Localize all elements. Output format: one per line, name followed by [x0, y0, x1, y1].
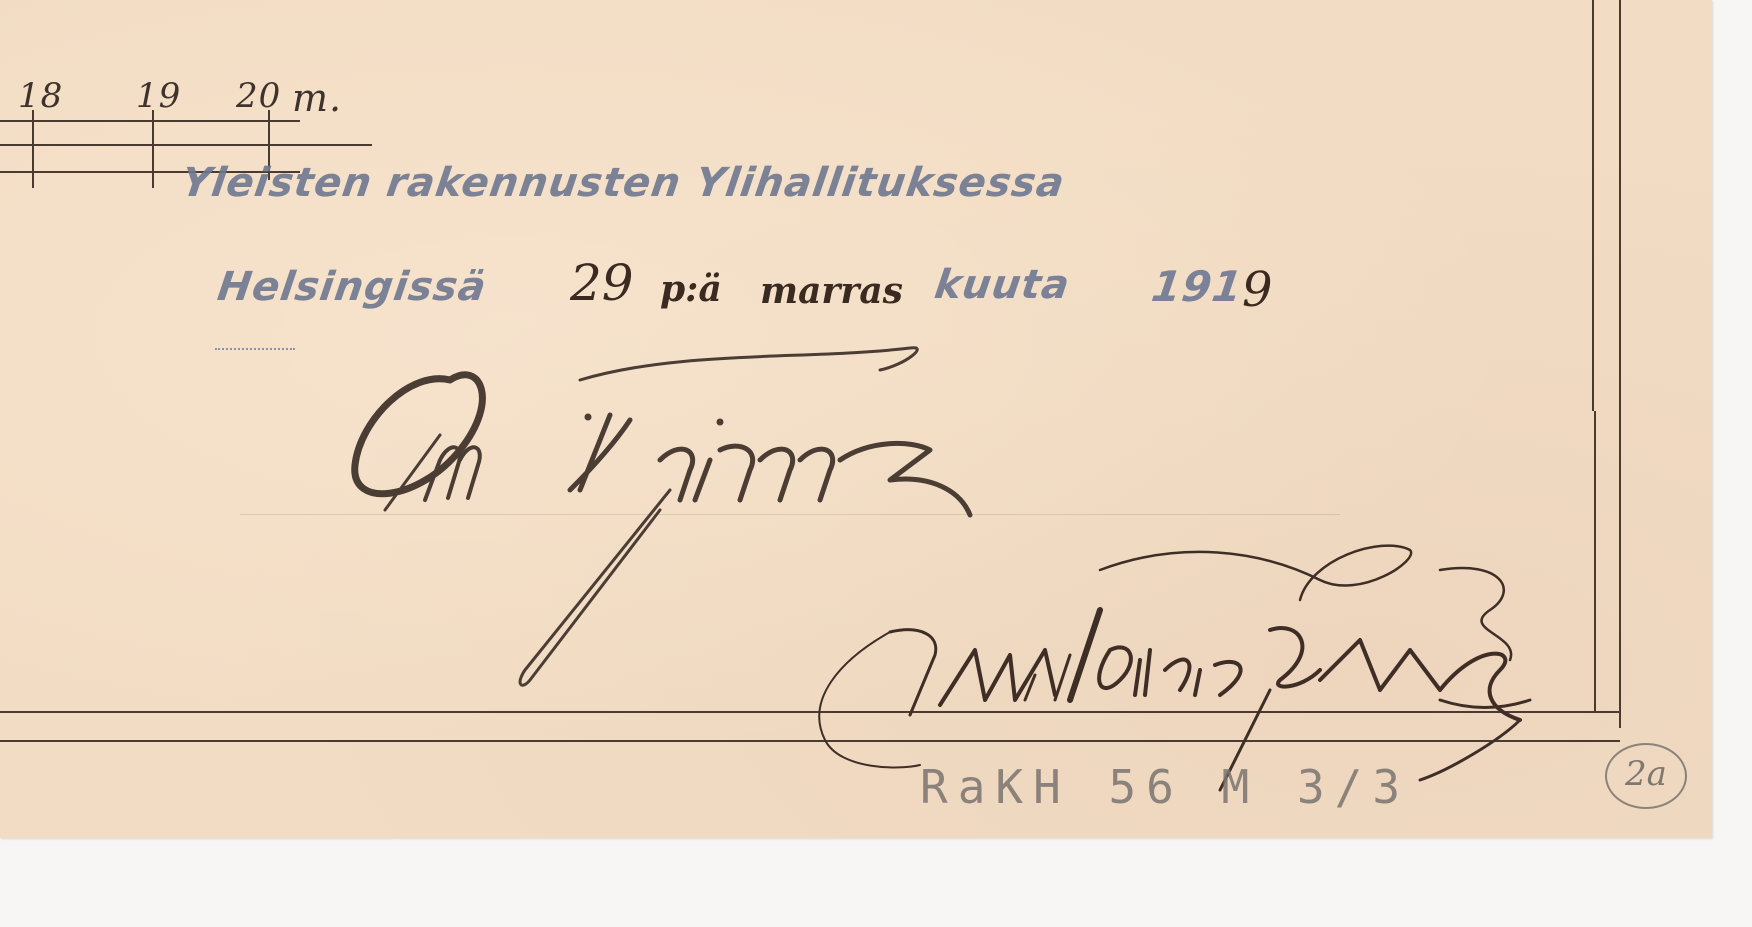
- stamp-month-suffix: kuuta: [932, 262, 1073, 308]
- handwritten-day-suffix: p:ä: [660, 268, 722, 310]
- scale-bar-tick-19: [152, 110, 154, 188]
- scale-unit: m.: [292, 76, 342, 120]
- stamp-underline-dots: [215, 348, 295, 352]
- scale-label-20: 20: [236, 76, 281, 116]
- stamp-line-1: Yleisten rakennusten Ylihallituksessa: [179, 160, 1068, 206]
- scale-label-19: 19: [136, 76, 181, 116]
- handwritten-day: 29: [570, 254, 634, 312]
- stamp-place: Helsingissä: [215, 264, 490, 310]
- stamp-year: 191: [1149, 262, 1247, 311]
- archive-reference: RaKH 56 M 3/3: [920, 760, 1410, 814]
- handwritten-year-digit: 9: [1242, 262, 1273, 318]
- document-paper: 18 19 20 m. Yleisten rakennusten Ylihall…: [0, 0, 1712, 838]
- scale-label-18: 18: [18, 76, 63, 116]
- scale-bar-line-middle: [0, 144, 372, 146]
- scale-bar-line-top: [0, 120, 300, 122]
- circled-sheet-number: 2a: [1605, 743, 1687, 809]
- frame-inner-right-line: [1592, 0, 1594, 411]
- scale-bar-tick-18: [32, 110, 34, 188]
- handwritten-month: marras: [760, 270, 903, 312]
